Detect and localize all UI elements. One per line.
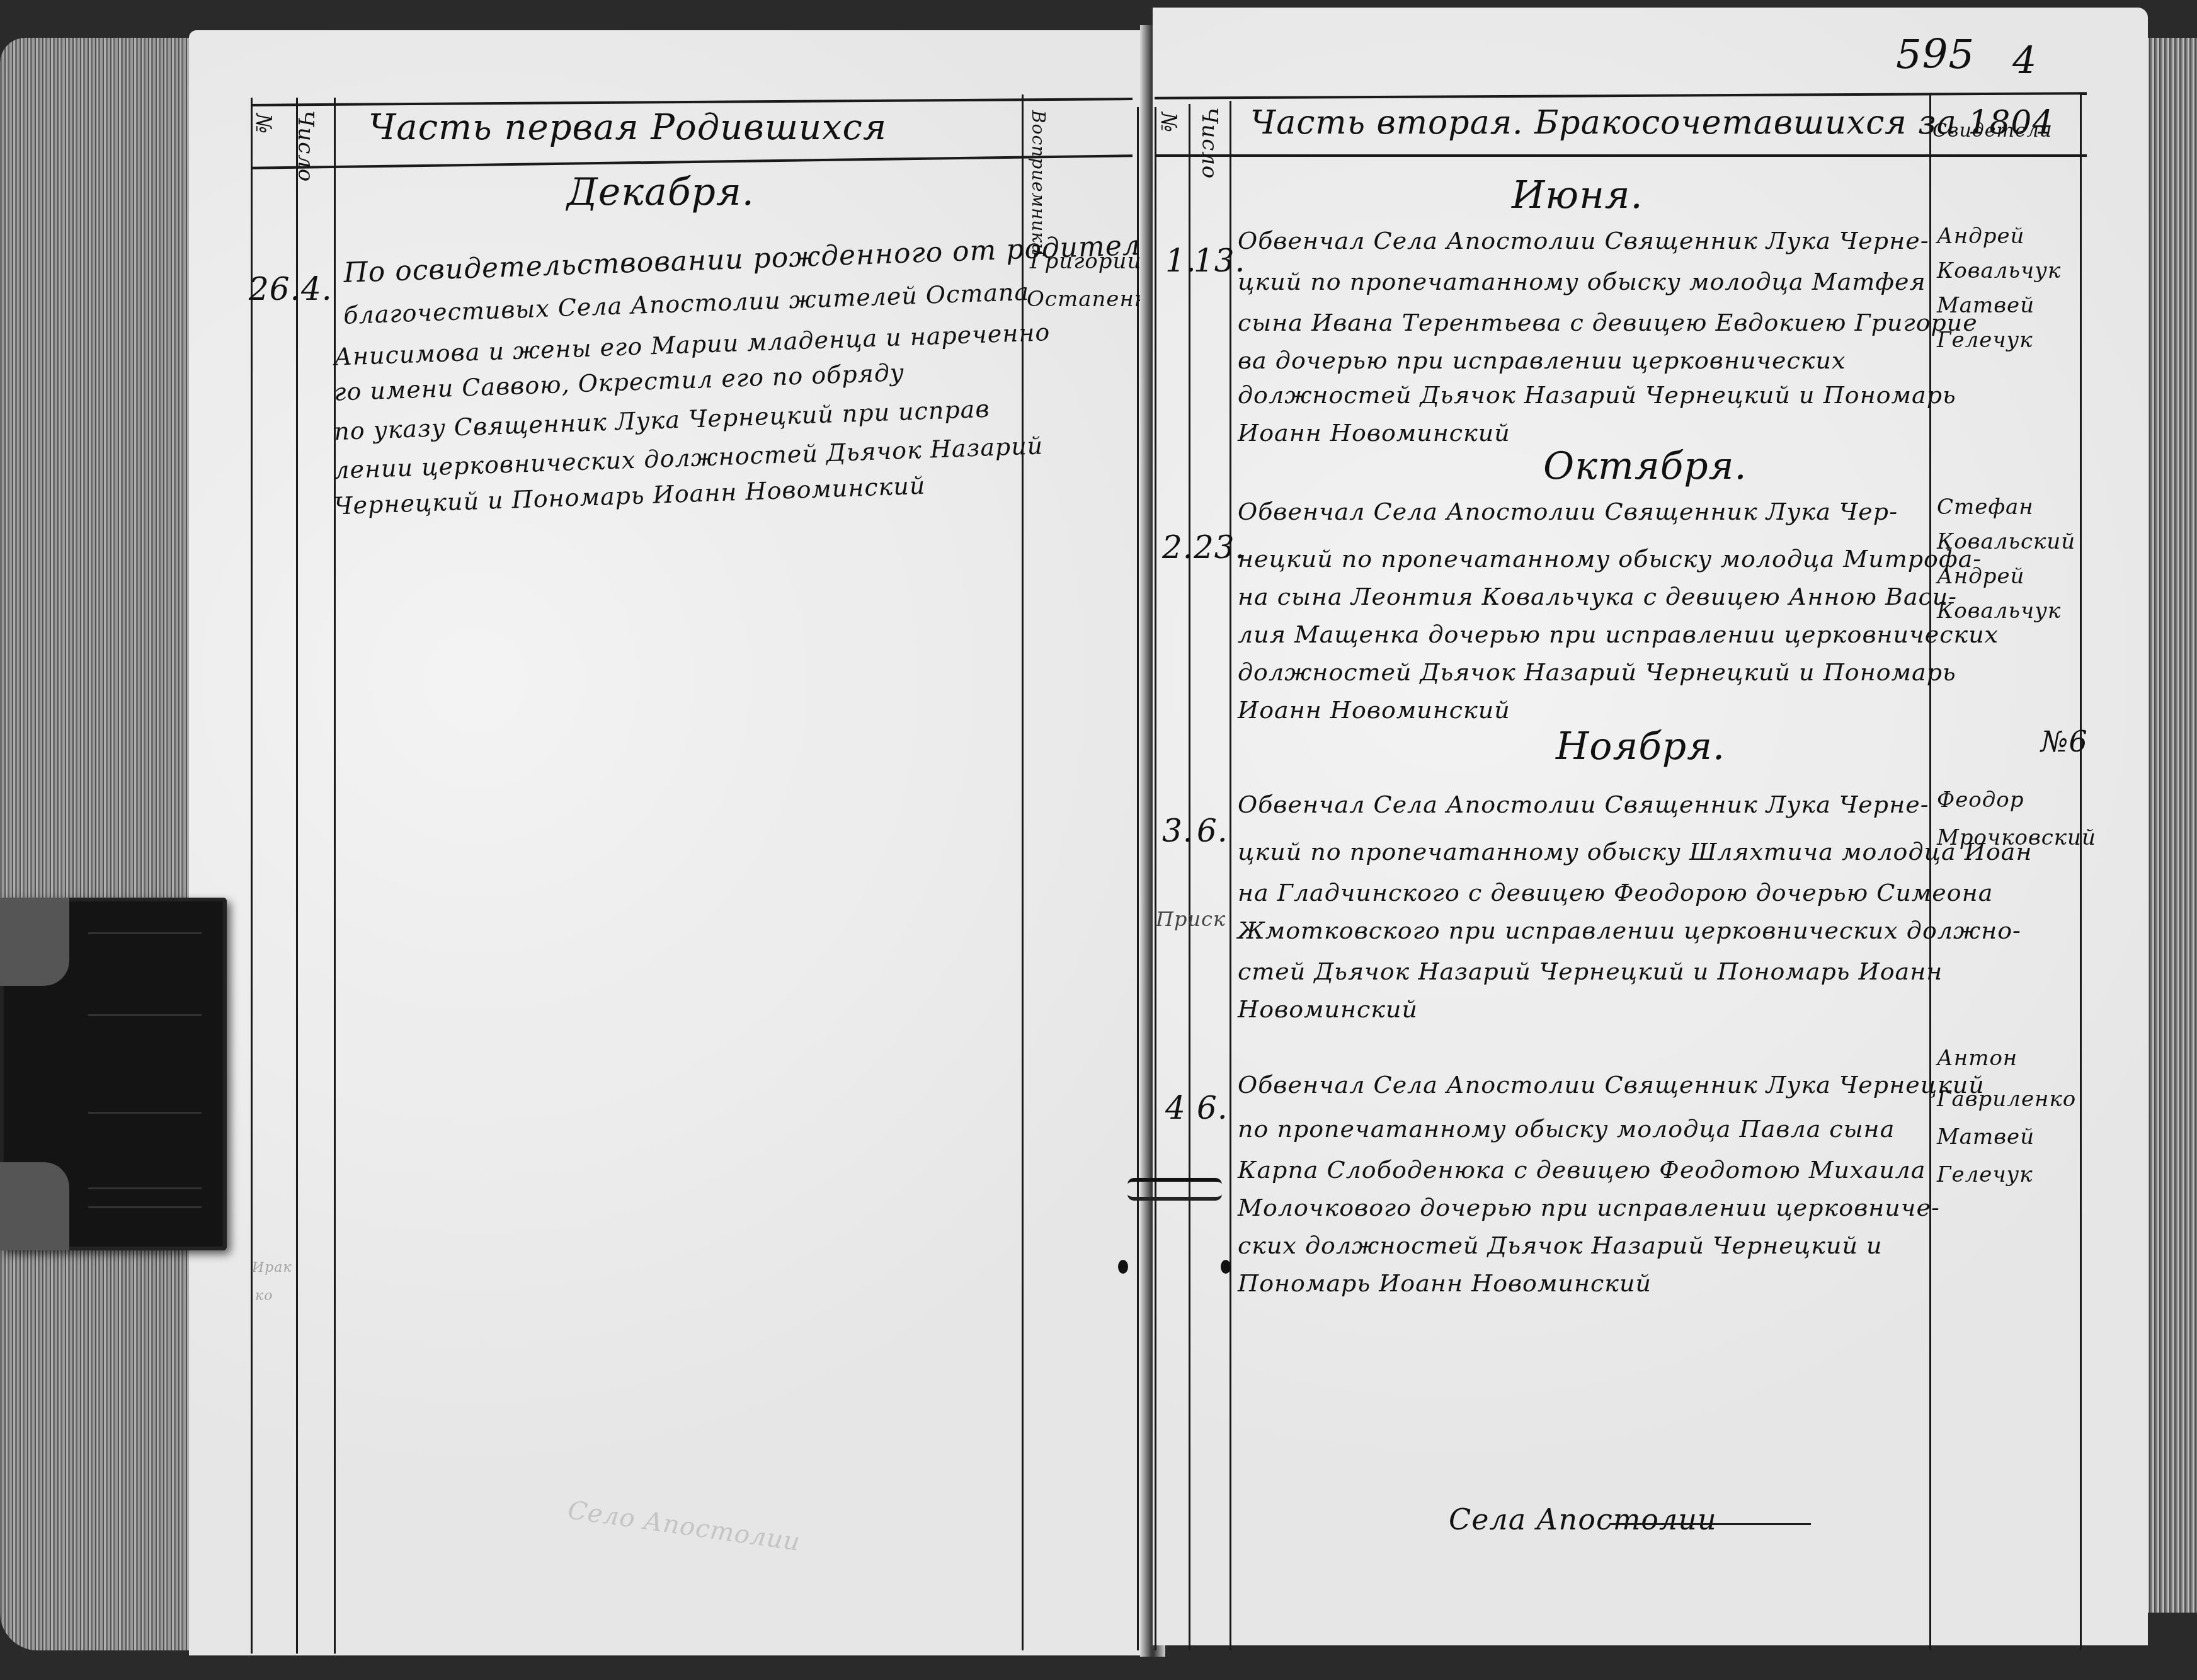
page-number-extra: 4: [2012, 39, 2037, 83]
entry-number: 2.: [1162, 529, 1194, 566]
right-header-no: №: [1156, 112, 1181, 133]
witness-name: Стефан: [1937, 494, 2034, 520]
entry-line: на сына Леонтия Ковальчука с девицею Анн…: [1238, 583, 1957, 610]
entry-number: 1.: [1165, 243, 1197, 279]
witness-name: Ковальчук: [1937, 258, 2061, 283]
godparent-name: Григорий: [1030, 249, 1141, 274]
entry-line: Иоанн Новоминский: [1238, 696, 1510, 724]
left-col-line-3: [334, 98, 336, 1654]
clip-groove: [88, 932, 202, 934]
witness-name: Ковальский: [1937, 529, 2075, 554]
left-header-no: №: [251, 113, 276, 134]
entry-line: Обвенчал Села Апостолии Священник Лука Ч…: [1238, 498, 1898, 525]
witness-name: Ковальчук: [1937, 598, 2061, 624]
entry-line: Пономарь Иоанн Новоминский: [1238, 1269, 1652, 1297]
margin-faint-note: ко: [255, 1288, 273, 1304]
entry-line: ских должностей Дьячок Назарий Чернецкий…: [1238, 1231, 1883, 1259]
entry-line: Обвенчал Села Апостолии Священник Лука Ч…: [1238, 227, 1929, 254]
entry-line: Иоанн Новоминский: [1238, 419, 1510, 447]
witness-name: Феодор: [1937, 787, 2024, 813]
clip-notch-top: [0, 898, 69, 986]
binding-thread: [1127, 1178, 1222, 1201]
right-col-line-5: [2080, 94, 2082, 1650]
entry-line: цкий по пропечатанному обыску молодца Ма…: [1238, 268, 1926, 295]
clip-notch-bottom: [0, 1162, 69, 1250]
clip-groove: [88, 1187, 202, 1189]
right-header-bottom-rule: [1155, 154, 2087, 157]
signature-flourish: [1609, 1523, 1811, 1525]
book-edge-right: [2140, 38, 2197, 1613]
entry-line: Новоминский: [1238, 995, 1418, 1023]
book-edge-left: [0, 38, 208, 1650]
entry-number: 4: [1165, 1090, 1186, 1126]
witness-name: Гелечук: [1937, 1162, 2033, 1187]
margin-faint-note: Ирак: [252, 1260, 292, 1276]
right-col-line-3: [1230, 101, 1231, 1650]
entry-line: по пропечатанному обыску молодца Павла с…: [1238, 1115, 1895, 1143]
witness-name: Андрей: [1937, 224, 2024, 249]
clip-groove: [88, 1112, 202, 1114]
signature: Села Апостолии: [1449, 1502, 1717, 1536]
left-header-title: Часть первая Родившихся: [368, 107, 887, 148]
entry-line: на Гладчинского с девицею Феодорою дочер…: [1238, 879, 1993, 906]
right-header-witnesses: Свидетели: [1932, 120, 2052, 142]
entry-number: 3.: [1162, 813, 1194, 849]
witness-name: Гавриленко: [1937, 1087, 2076, 1112]
right-col-line-2: [1189, 104, 1190, 1650]
entry-line: нецкий по пропечатанному обыску молодца …: [1238, 545, 1982, 573]
entry-line: сына Ивана Терентьева с девицею Евдокиею…: [1238, 309, 1978, 336]
entry-line: цкий по пропечатанному обыску Шляхтича м…: [1238, 838, 2033, 866]
margin-mark: №6: [2041, 724, 2088, 758]
entry-line: лия Мащенка дочерью при исправлении церк…: [1238, 620, 1999, 648]
binding-hole: [1118, 1260, 1128, 1274]
witness-name: Андрей: [1937, 564, 2024, 589]
entry-line: ва дочерью при исправлении церковнически…: [1238, 346, 1846, 374]
binding-hole: [1221, 1260, 1231, 1274]
clip-groove: [88, 1206, 202, 1208]
entry-line: Карпа Слободенюка с девицею Феодотою Мих…: [1238, 1156, 1926, 1184]
entry-day: 4.: [301, 271, 333, 307]
month-heading-october: Октября.: [1543, 444, 1747, 488]
month-heading-november: Ноября.: [1556, 724, 1725, 769]
witness-name: Матвей: [1937, 1124, 2034, 1150]
right-header-day: Число: [1197, 107, 1222, 179]
month-heading-june: Июня.: [1512, 173, 1643, 217]
entry-line: Молочкового дочерью при исправлении церк…: [1238, 1194, 1940, 1221]
clip-groove: [88, 1014, 202, 1016]
witness-name: Мрочковский: [1937, 825, 2096, 850]
entry-line: стей Дьячок Назарий Чернецкий и Пономарь…: [1238, 957, 1943, 985]
entry-day: 6.: [1197, 1090, 1228, 1126]
entry-line: должностей Дьячок Назарий Чернецкий и По…: [1238, 381, 1956, 409]
witness-name: Гелечук: [1937, 328, 2033, 353]
left-col-line-1: [251, 98, 253, 1654]
entry-day: 6.: [1197, 813, 1228, 849]
left-col-line-5: [1137, 107, 1139, 1650]
witness-name: Матвей: [1937, 293, 2034, 318]
entry-number: 26.: [249, 271, 301, 307]
entry-line: Обвенчал Села Апостолии Священник Лука Ч…: [1238, 791, 1929, 818]
right-col-line-1: [1155, 107, 1156, 1650]
left-header-day: Число: [293, 110, 318, 182]
entry-line: Жмотковского при исправлении церковничес…: [1238, 917, 2021, 944]
margin-note-prisk: Приск: [1156, 907, 1226, 931]
entry-line: Обвенчал Села Апостолии Священник Лука Ч…: [1238, 1071, 1985, 1099]
witness-name: Антон: [1937, 1046, 2017, 1071]
page-number: 595: [1896, 31, 1975, 78]
left-col-line-2: [296, 98, 298, 1654]
entry-line: должностей Дьячок Назарий Чернецкий и По…: [1238, 658, 1956, 686]
book-clip: [0, 898, 227, 1250]
left-month-heading: Декабря.: [567, 170, 755, 214]
